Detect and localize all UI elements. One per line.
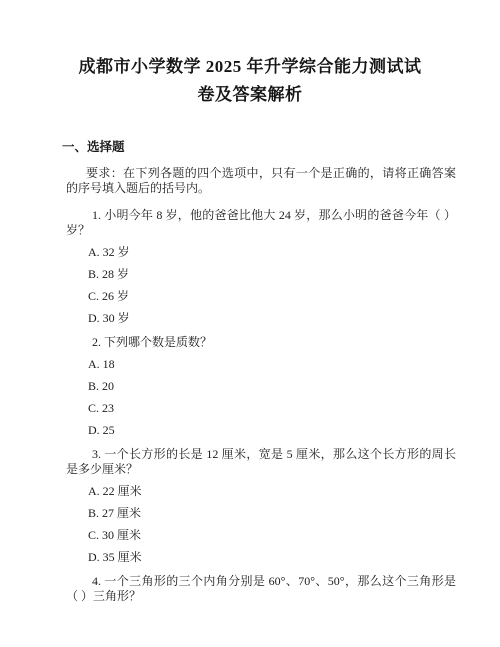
document-page: 成都市小学数学 2025 年升学综合能力测试试 卷及答案解析 一、选择题 要求：… (0, 0, 500, 647)
question-3-option-d: D. 35 厘米 (88, 550, 456, 565)
question-4-text: 4. 一个三角形的三个内角分别是 60°、70°、50°，那么这个三角形是（ ）… (66, 574, 456, 604)
question-2-option-d: D. 25 (88, 423, 456, 438)
question-block-2: 2. 下列哪个数是质数？ A. 18 B. 20 C. 23 D. 25 (44, 335, 456, 438)
question-2-option-b: B. 20 (88, 379, 456, 394)
question-1-option-b: B. 28 岁 (88, 267, 456, 282)
section-requirements: 要求：在下列各题的四个选项中，只有一个是正确的，请将正确答案的序号填入题后的括号… (66, 166, 456, 196)
question-2-option-a: A. 18 (88, 357, 456, 372)
question-1-option-c: C. 26 岁 (88, 289, 456, 304)
question-block-4: 4. 一个三角形的三个内角分别是 60°、70°、50°，那么这个三角形是（ ）… (44, 574, 456, 604)
question-3-text: 3. 一个长方形的长是 12 厘米，宽是 5 厘米，那么这个长方形的周长是多少厘… (66, 447, 456, 477)
question-2-text: 2. 下列哪个数是质数？ (66, 335, 456, 350)
question-3-option-b: B. 27 厘米 (88, 506, 456, 521)
section-heading: 一、选择题 (62, 140, 456, 155)
question-block-1: 1. 小明今年 8 岁，他的爸爸比他大 24 岁，那么小明的爸爸今年（ ）岁？ … (44, 208, 456, 326)
question-1-text: 1. 小明今年 8 岁，他的爸爸比他大 24 岁，那么小明的爸爸今年（ ）岁？ (66, 208, 456, 238)
document-title: 成都市小学数学 2025 年升学综合能力测试试 卷及答案解析 (44, 53, 456, 109)
question-1-option-d: D. 30 岁 (88, 311, 456, 326)
question-3-option-a: A. 22 厘米 (88, 484, 456, 499)
title-line-1: 成都市小学数学 2025 年升学综合能力测试试 (79, 57, 422, 76)
question-1-option-a: A. 32 岁 (88, 245, 456, 260)
question-2-option-c: C. 23 (88, 401, 456, 416)
title-line-2: 卷及答案解析 (198, 85, 303, 104)
question-3-option-c: C. 30 厘米 (88, 528, 456, 543)
question-block-3: 3. 一个长方形的长是 12 厘米，宽是 5 厘米，那么这个长方形的周长是多少厘… (44, 447, 456, 565)
